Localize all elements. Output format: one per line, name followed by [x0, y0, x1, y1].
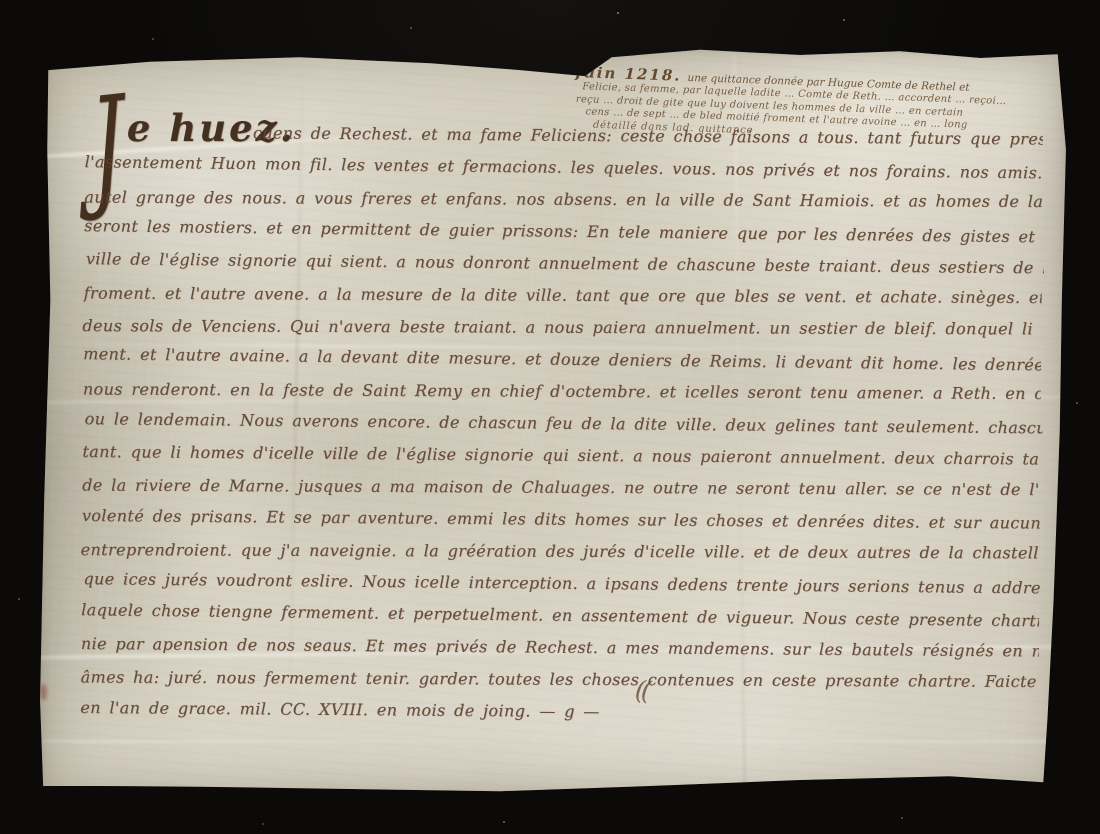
manuscript-line: froment. et l'autre avene. a la mesure d… — [84, 277, 1042, 314]
red-ink-smudge — [40, 684, 47, 700]
dust-specks — [0, 0, 2, 2]
manuscript-line: volenté des prisans. Et se par aventure.… — [82, 500, 1040, 540]
charter-body-text: cuens de Rechest. et ma fame Feliciens: … — [80, 116, 1043, 732]
photo-black-background: Juin 1218.une quittance donnée par Hugue… — [0, 0, 1100, 834]
parchment-charter: Juin 1218.une quittance donnée par Hugue… — [38, 46, 1068, 798]
